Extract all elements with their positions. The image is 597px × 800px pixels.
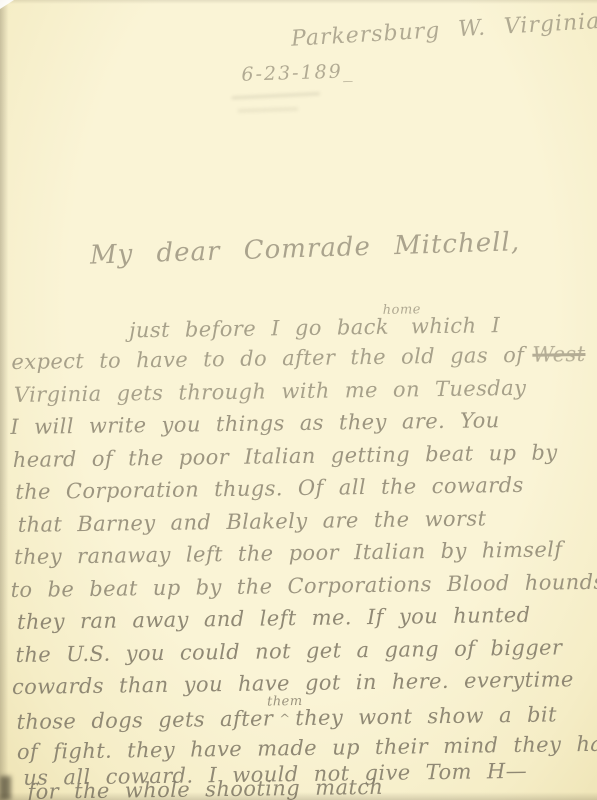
date-line: 6-23-189_: [241, 60, 355, 86]
caret-mark: ^: [279, 712, 291, 727]
letter-line: the U.S. you could not get a gang of big…: [15, 635, 562, 667]
emboss-stroke: [232, 92, 320, 99]
corner-smudge: [0, 776, 11, 800]
insertion-mark: ^ them: [281, 704, 287, 725]
scan-edge-bottom: [0, 792, 597, 800]
inserted-word: home: [383, 302, 421, 318]
line-text: they ranaway left the poor Italian by hi…: [14, 537, 563, 569]
letter-content: Parkersburg W. Virginia 6-23-189_ My dea…: [0, 0, 597, 800]
line-text: the Corporation thugs. Of all the coward…: [15, 473, 524, 504]
line-text: expect to have to do after the old gas o…: [11, 343, 524, 374]
emboss-stroke: [238, 107, 298, 112]
line-text: I will write you things as they are. You: [10, 408, 500, 439]
place-line: Parkersburg W. Virginia: [290, 9, 597, 52]
letter-line: they ranaway left the poor Italian by hi…: [14, 537, 563, 569]
letter-line: I will write you things as they are. You: [10, 408, 500, 439]
letter-line: to be beat up by the Corporations Blood …: [10, 570, 597, 602]
line-text: those dogs gets after: [16, 706, 273, 734]
scan-edge-left: [0, 0, 10, 800]
line-text: the U.S. you could not get a gang of big…: [15, 635, 562, 667]
line-text: Virginia gets through with me on Tuesday: [14, 376, 527, 407]
embossed-mark: [228, 88, 329, 127]
line-text: that Barney and Blakely are the worst: [18, 506, 487, 537]
line-text: to be beat up by the Corporations Blood …: [10, 570, 597, 602]
line-text: they ran away and left me. If you hunted: [17, 603, 531, 634]
letter-page: Parkersburg W. Virginia 6-23-189_ My dea…: [0, 0, 597, 800]
line-text: they wont show a bit: [295, 702, 557, 730]
letter-line: that Barney and Blakely are the worst: [18, 506, 487, 537]
line-text: which I: [411, 313, 501, 338]
line-text: just before I go back: [129, 315, 389, 343]
letter-line: heard of the poor Italian getting beat u…: [13, 440, 558, 472]
scan-edge-top: [0, 0, 597, 4]
letter-line: just before I go back home which I: [129, 311, 501, 342]
scan-corner: [0, 0, 14, 9]
letter-line: Virginia gets through with me on Tuesday: [14, 376, 527, 407]
letter-line: those dogs gets after ^ them they wont s…: [16, 700, 557, 734]
struck-word: West: [532, 342, 585, 367]
inserted-word: them: [267, 694, 303, 709]
letter-line: they ran away and left me. If you hunted: [17, 603, 531, 634]
line-text: heard of the poor Italian getting beat u…: [13, 440, 558, 472]
insertion-mark: home: [397, 313, 403, 334]
letter-line: the Corporation thugs. Of all the coward…: [15, 473, 524, 504]
salutation-line: My dear Comrade Mitchell,: [90, 227, 521, 270]
letter-line: expect to have to do after the old gas o…: [11, 342, 585, 374]
